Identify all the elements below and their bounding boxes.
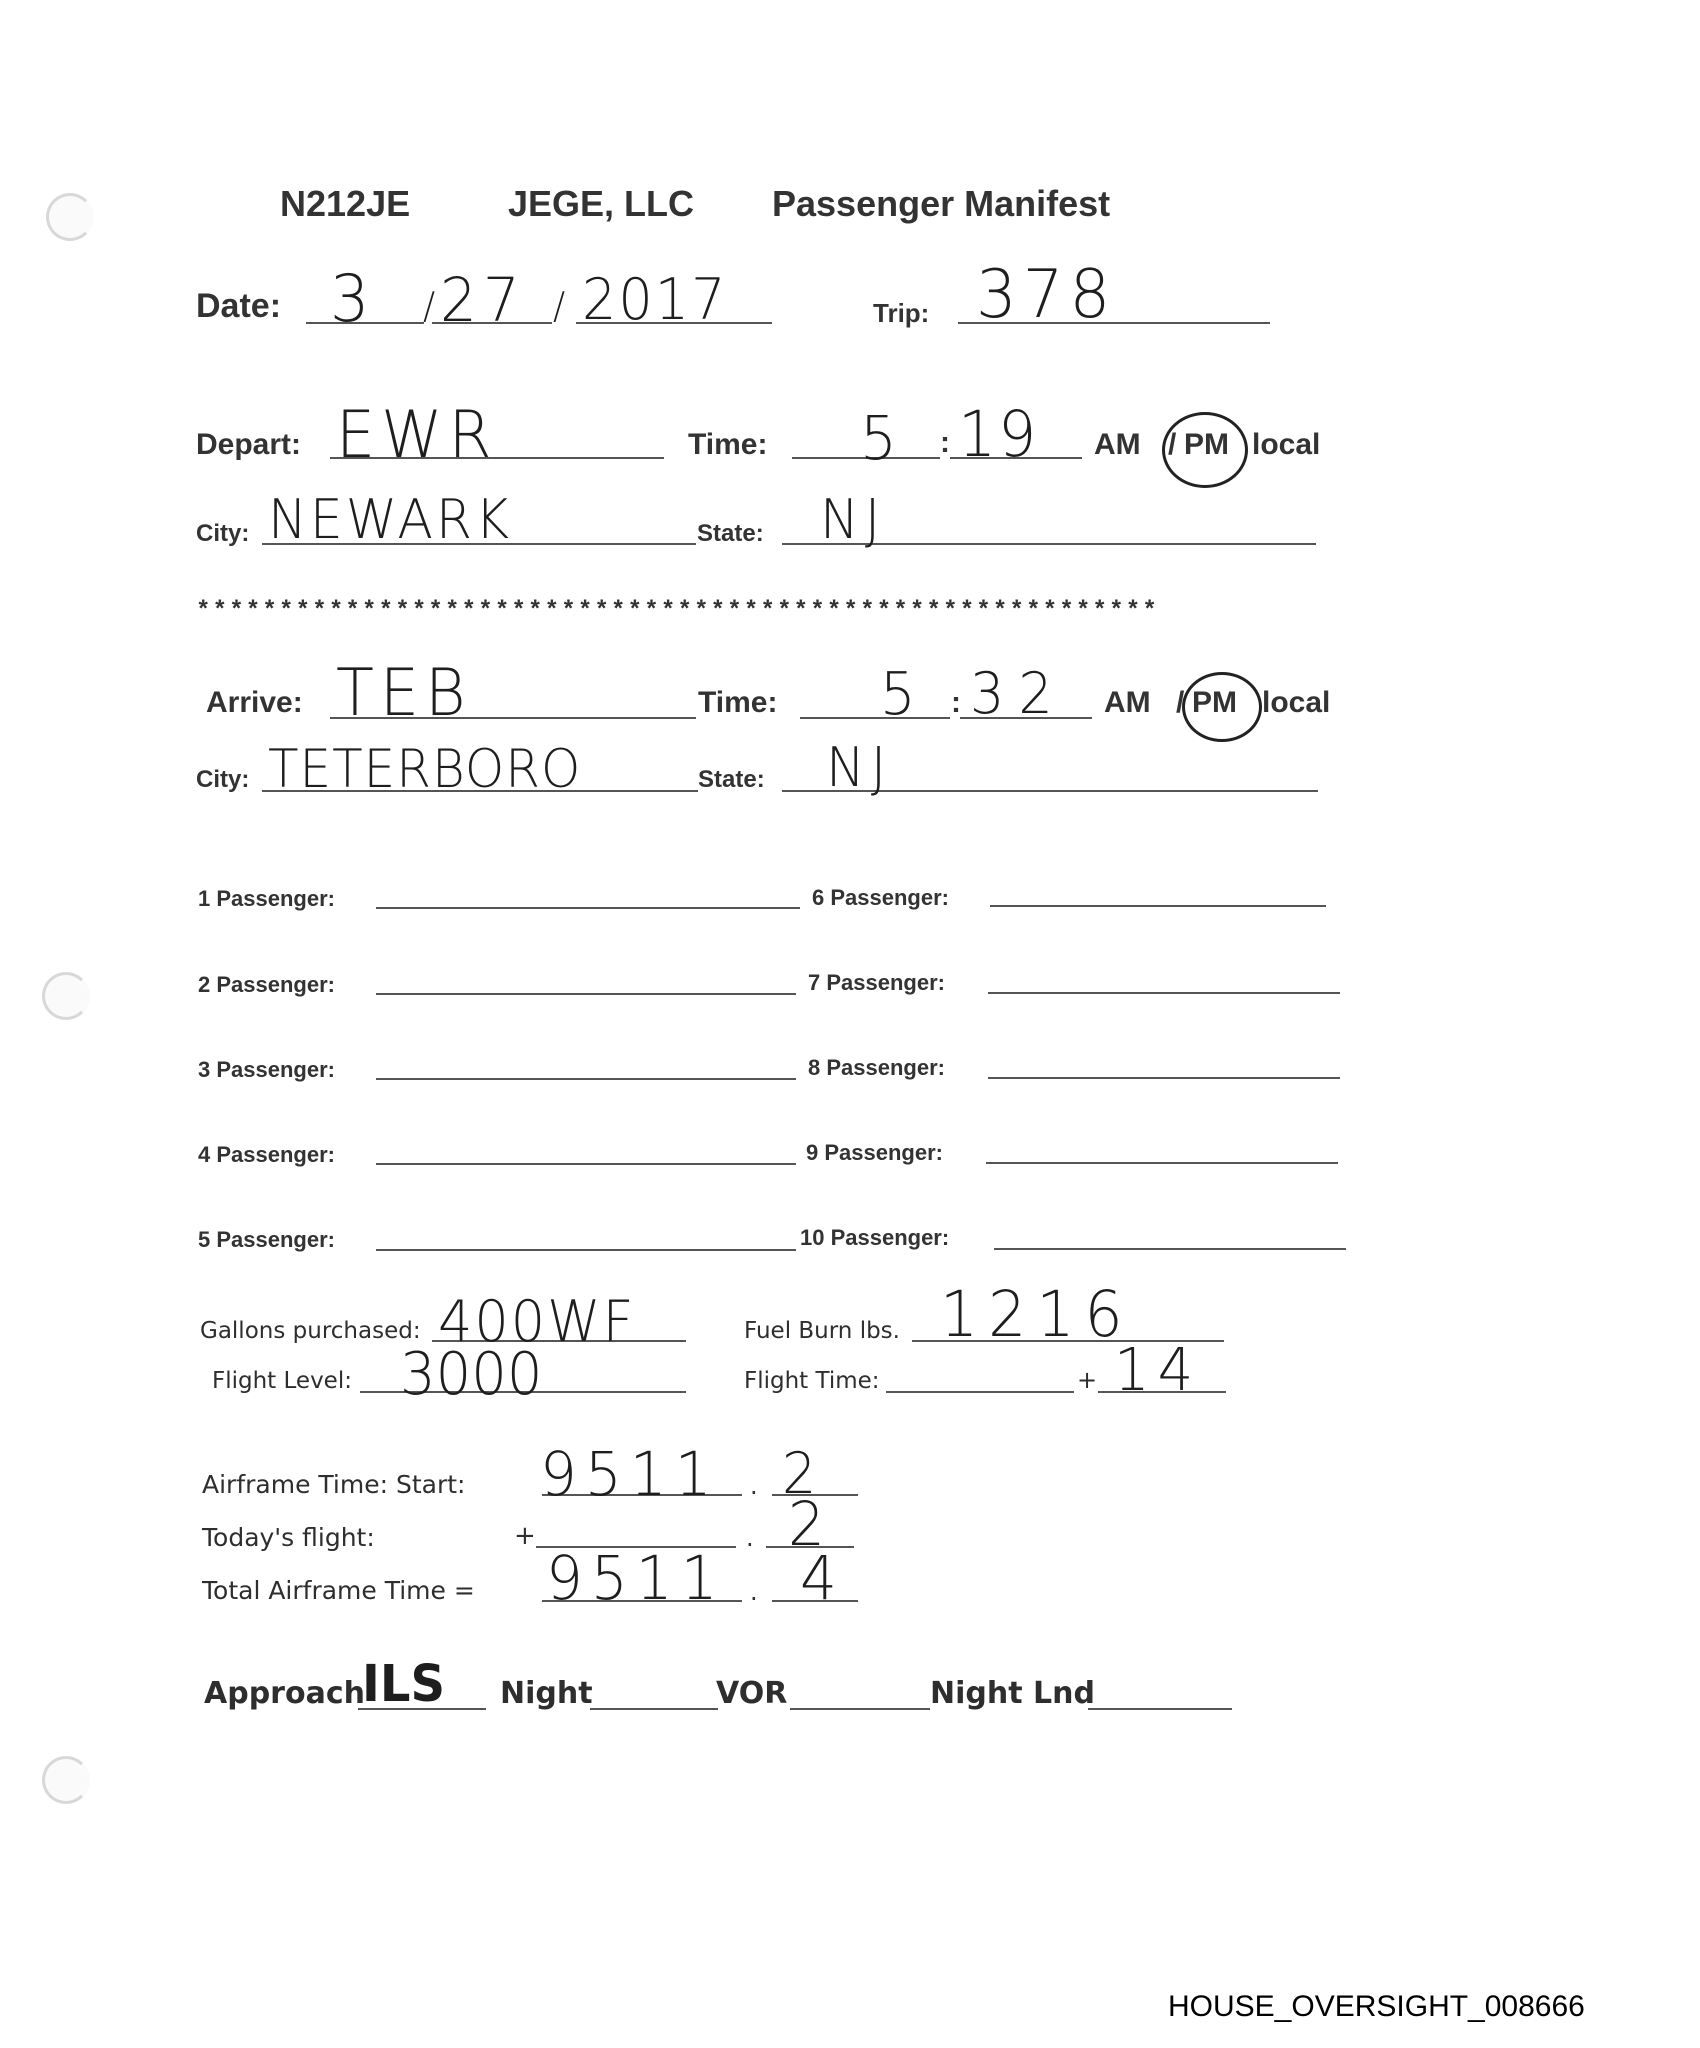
arrive-label: Arrive:: [206, 686, 303, 720]
arrive-minute-value[interactable]: 32: [970, 660, 1067, 726]
night-label: Night: [500, 1676, 593, 1711]
depart-minute-value[interactable]: 19: [958, 398, 1038, 472]
depart-time-label: Time:: [688, 428, 767, 462]
vor-line[interactable]: [790, 1708, 930, 1710]
fuel-burn-value[interactable]: 1216: [940, 1278, 1133, 1352]
depart-city-label: City:: [196, 520, 249, 548]
arrive-am-label[interactable]: AM: [1104, 686, 1151, 720]
arrive-time-colon: :: [951, 686, 961, 720]
passenger-label: 6 Passenger:: [812, 885, 949, 911]
fuel-burn-label: Fuel Burn lbs.: [744, 1318, 900, 1344]
passenger-label: 5 Passenger:: [198, 1227, 335, 1253]
flight-time-hours-line[interactable]: [886, 1391, 1074, 1393]
date-month-value[interactable]: 3: [330, 260, 375, 337]
arrive-local-label: local: [1262, 686, 1330, 720]
company-name: JEGE, LLC: [508, 183, 694, 225]
tail-number: N212JE: [280, 183, 410, 225]
flight-level-label: Flight Level:: [212, 1368, 352, 1394]
arrive-city-label: City:: [196, 766, 249, 794]
passenger-2-field[interactable]: [376, 993, 796, 995]
depart-local-label: local: [1252, 428, 1320, 462]
passenger-label: 9 Passenger:: [806, 1140, 943, 1166]
todays-flight-plus: +: [514, 1521, 536, 1551]
trip-label: Trip:: [873, 298, 929, 329]
section-separator: ****************************************…: [196, 598, 1159, 625]
depart-city-value[interactable]: NEWARK: [268, 489, 512, 552]
date-day-value[interactable]: 27: [440, 264, 526, 335]
date-sep-2: /: [553, 285, 565, 328]
date-year-value[interactable]: 2017: [582, 266, 727, 332]
passenger-label: 10 Passenger:: [800, 1225, 949, 1251]
passenger-5-field[interactable]: [376, 1249, 796, 1251]
arrive-hour-value[interactable]: 5: [880, 660, 922, 728]
todays-flight-label: Today's flight:: [202, 1523, 375, 1552]
depart-state-label: State:: [697, 520, 764, 548]
arrive-state-value[interactable]: NJ: [826, 737, 892, 800]
passenger-label: 1 Passenger:: [198, 886, 335, 912]
depart-am-label[interactable]: AM: [1094, 428, 1141, 462]
passenger-1-field[interactable]: [376, 907, 800, 909]
passenger-8-field[interactable]: [988, 1077, 1340, 1079]
depart-pm-selected-circle: [1162, 412, 1248, 488]
binder-hole-middle: [42, 972, 90, 1020]
total-airframe-dot: .: [750, 1578, 758, 1606]
night-lnd-line[interactable]: [1088, 1708, 1232, 1710]
airframe-start-dot: .: [750, 1472, 758, 1500]
arrive-pm-selected-circle: [1182, 672, 1262, 742]
todays-flight-dot: .: [746, 1524, 754, 1552]
depart-state-value[interactable]: NJ: [820, 489, 886, 552]
trip-number-value[interactable]: 378: [976, 256, 1116, 334]
depart-time-colon: :: [940, 426, 950, 460]
night-line[interactable]: [590, 1708, 718, 1710]
depart-airport-value[interactable]: EWR: [336, 396, 498, 473]
approach-label: Approach: [204, 1676, 365, 1711]
total-airframe-whole-value[interactable]: 9511: [546, 1542, 726, 1613]
gallons-purchased-label: Gallons purchased:: [200, 1318, 421, 1344]
airframe-start-label: Airframe Time: Start:: [202, 1470, 465, 1499]
passenger-label: 4 Passenger:: [198, 1142, 335, 1168]
airframe-start-whole-value[interactable]: 9511: [540, 1438, 720, 1509]
night-lnd-label: Night Lnd: [930, 1676, 1095, 1711]
form-title: Passenger Manifest: [772, 183, 1110, 225]
flight-time-minutes-value[interactable]: 14: [1114, 1336, 1201, 1404]
total-airframe-tenth-value[interactable]: 4: [800, 1542, 843, 1613]
binder-hole-bottom: [42, 1756, 90, 1804]
arrive-state-label: State:: [698, 766, 765, 794]
binder-hole-top: [46, 193, 94, 241]
bates-number: HOUSE_OVERSIGHT_008666: [1168, 1990, 1585, 2024]
arrive-city-value[interactable]: TETERBORO: [268, 739, 581, 800]
passenger-label: 3 Passenger:: [198, 1057, 335, 1083]
passenger-label: 8 Passenger:: [808, 1055, 945, 1081]
passenger-6-field[interactable]: [990, 905, 1326, 907]
flight-time-label: Flight Time:: [744, 1368, 880, 1394]
approach-value[interactable]: ILS: [362, 1655, 445, 1714]
depart-hour-value[interactable]: 5: [860, 402, 903, 473]
total-airframe-label: Total Airframe Time =: [202, 1576, 475, 1605]
vor-label: VOR: [716, 1676, 787, 1711]
passenger-4-field[interactable]: [376, 1163, 796, 1165]
passenger-10-field[interactable]: [994, 1248, 1346, 1250]
passenger-label: 2 Passenger:: [198, 972, 335, 998]
arrive-time-label: Time:: [698, 686, 777, 720]
passenger-9-field[interactable]: [986, 1162, 1338, 1164]
date-label: Date:: [196, 287, 281, 326]
passenger-7-field[interactable]: [988, 992, 1340, 994]
flight-time-plus: +: [1077, 1366, 1097, 1394]
passenger-label: 7 Passenger:: [808, 970, 945, 996]
passenger-3-field[interactable]: [376, 1078, 796, 1080]
arrive-airport-value[interactable]: TEB: [336, 654, 472, 731]
depart-label: Depart:: [196, 428, 301, 462]
flight-level-value[interactable]: 3000: [400, 1340, 543, 1408]
arrive-hour-line[interactable]: [800, 717, 950, 719]
